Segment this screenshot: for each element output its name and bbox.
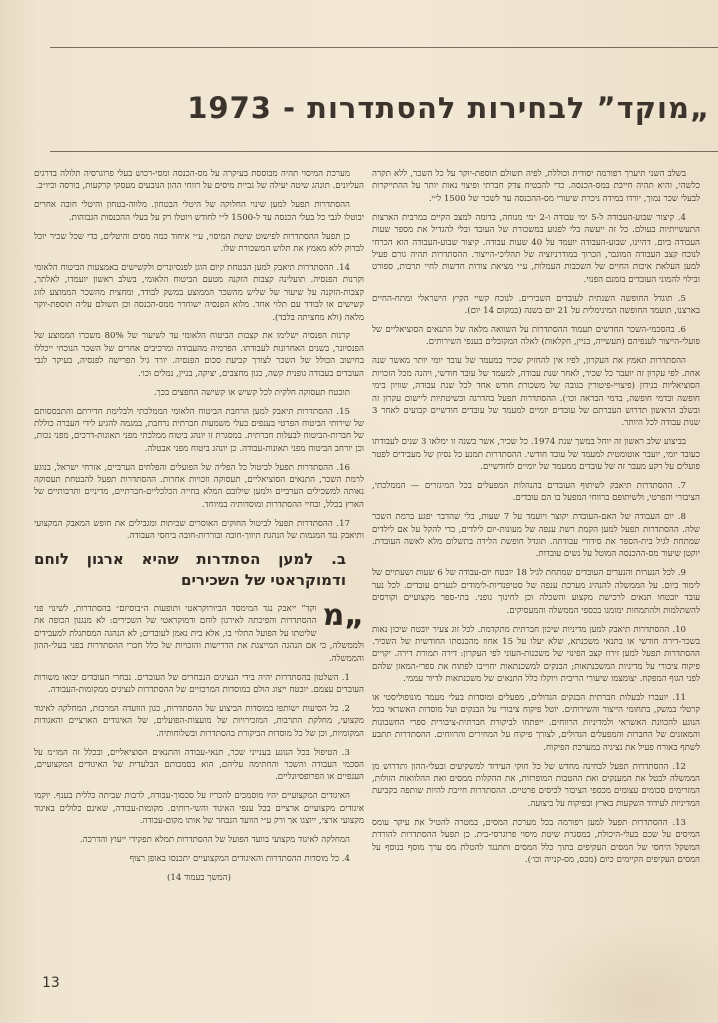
paragraph: כן תפעל ההסתדרות לפישוט שיטת המיסוי, ע״י… [34, 231, 364, 256]
paragraph: 4. כל מוסדות ההסתדרות והאיגודים המקצועיי… [34, 853, 364, 865]
dropcap-letter: „מ [323, 603, 364, 629]
left-column-after-heading: 1. השלטון בהסתדרות יהיה בידי הנציגים הנב… [34, 672, 364, 866]
right-column: בשלב השני תיערך רפורמה יסודית וכוללת, לפ… [372, 168, 700, 873]
left-column-before-heading: מערכת המיסוי תהיה מבוססת בעיקרה על מס-הכ… [34, 168, 364, 543]
paragraph: האיגודים המקצועיים יהיו מוסמכים להכריז ע… [34, 790, 364, 827]
paragraph: 15. ההסתדרות תיאבק למען הרחבת הביטוח הלא… [34, 406, 364, 456]
paragraph: מערכת המיסוי תהיה מבוססת בעיקרה על מס-הכ… [34, 168, 364, 193]
continued-note: (המשך בעמוד 14) [34, 872, 364, 884]
paragraph: 8. יום העבודה של האם-העובדת יקוצר ויועמד… [372, 511, 700, 561]
page-number: 13 [42, 975, 60, 991]
paragraph: 9. לכל הנערות והנערים העובדים שמתחת לגיל… [372, 567, 700, 617]
header-rule-bottom [50, 151, 718, 152]
paragraph: 14. ההסתדרות תיאבק למען הבטחת קיום הוגן … [34, 262, 364, 324]
left-column: מערכת המיסוי תהיה מבוססת בעיקרה על מס-הכ… [34, 168, 364, 891]
page-title: „מוקד” לבחירות להסתדרות - 1973 [100, 91, 710, 125]
paragraph: 16. ההסתדרות תפעל לביטול כל הפליה של הפו… [34, 462, 364, 512]
paragraph: תובטח תעסוקה חלקית לכל קשיש או קשישה החפ… [34, 387, 364, 399]
paragraph: 4. קיצור שבוע-העבודה ל-5 ימי עבודה ו-2 י… [372, 212, 700, 286]
paragraph: 2. כל הסיעות ישותפו במוסדות הביצוע של הה… [34, 703, 364, 740]
paragraph: 5. תוגדל החופשה השנתית לעובדים השכירים. … [372, 293, 700, 318]
section-heading: ב. למען הסתדרות שהיא ארגון לוחם ודמוקראט… [34, 549, 346, 591]
paragraph: המחלקה לאיגוד מקצועי בוועד הפועל של ההסת… [34, 834, 364, 846]
paragraph: ההסתדרות תפעל למען שינוי החלוקה של היטלי… [34, 199, 364, 224]
dropcap-paragraph: „מ וקד” ייאבק נגד המימסד הביורוקראטי ותו… [34, 603, 364, 665]
paragraph: ההסתדרות תאמץ את העקרון, לפיו אין להחזיק… [372, 355, 700, 429]
paragraph: קרנות הפנסיה ישלימו את קצבות הביטוח הלאו… [34, 330, 364, 380]
paragraph: 3. הטיפול בכל הנוגע בענייני שכר, תנאי-עב… [34, 747, 364, 784]
paragraph: 12. ההסתדרות תפעל לבחינה מחדש של כל חוקי… [372, 761, 700, 811]
paragraph: 1. השלטון בהסתדרות יהיה בידי הנציגים הנב… [34, 672, 364, 697]
paragraph: 10. ההסתדרות תיאבק למען מדיניות שיכון חב… [372, 624, 700, 686]
header-rule-top [50, 47, 718, 48]
paragraph: 13. ההסתדרות תפעל למען רפורמה בכל מערכת … [372, 817, 700, 867]
paragraph: 11. יועברו לבעלות חברתית הבנקים הגדולים,… [372, 692, 700, 754]
paragraph: בשלב השני תיערך רפורמה יסודית וכוללת, לפ… [372, 168, 700, 205]
paragraph: 6. בהסכמי-השכר החדשים תעמוד ההסתדרות על … [372, 324, 700, 349]
paragraph: בביצוע שלב ראשון זה יוחל במשך שנת 1974. … [372, 436, 700, 473]
dropcap-paragraph-text: וקד” ייאבק נגד המימסד הביורוקראטי ותופעו… [34, 604, 364, 664]
paragraph: 7. ההסתדרות תיאבק לשיתוף העובדים בהנהלות… [372, 480, 700, 505]
paragraph: 17. ההסתדרות תפעל לביטול החוקים האוסרים … [34, 518, 364, 543]
